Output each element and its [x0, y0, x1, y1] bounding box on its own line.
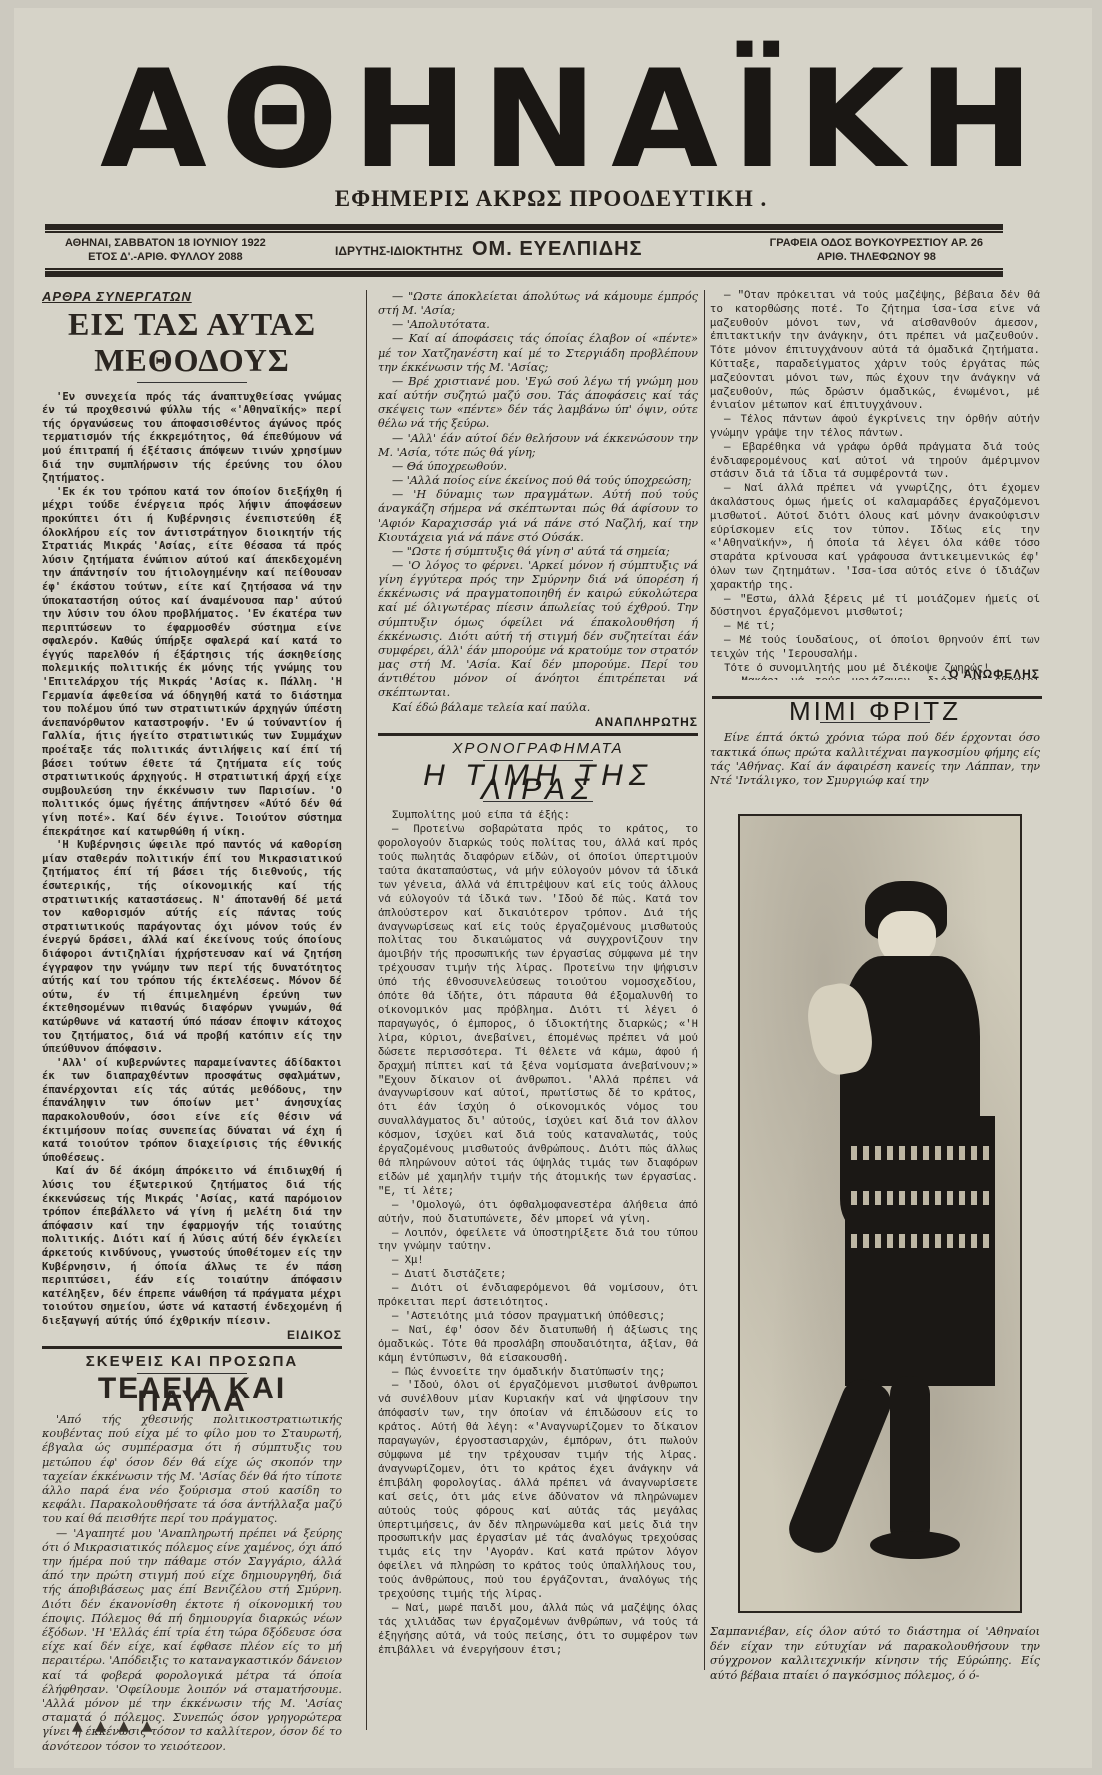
article1-paragraph: 'Εκ έκ του τρόπου κατά τον όποίον διεξήχ…	[42, 486, 342, 839]
article3-paragraph: — Προτείνω σοβαρώτατα πρός το κράτος, το…	[378, 824, 698, 1199]
article3-paragraph: — 'Ιδού, όλοι οί έργαζόμενοι μισθωτοί άν…	[378, 1380, 698, 1603]
photo-figure-leg	[890, 1376, 930, 1546]
article3-body: Συμπολίτης μού είπα τά έξής: — Προτείνω …	[378, 810, 698, 1658]
photo-caption: Σαμπανιέβαν, είς όλον αύτό το διάστημα ο…	[710, 1625, 1040, 1683]
article4-paragraph: — Ναί άλλά πρέπει νά γνωρίζης, ότι έχομε…	[710, 483, 1040, 593]
article3-paragraph: — Διατί διστάζετε;	[378, 1269, 698, 1283]
article5: ΜΙΜΙ ΦΡΙΤΖ Είνε έπτά όκτώ χρόνια τώρα πο…	[710, 700, 1040, 810]
issue-number: ΕΤΟΣ Δ'.-ΑΡΙΘ. ΦΥΛΛΟΥ 2088	[65, 250, 266, 264]
article2-kicker: ΣΚΕΨΕΙΣ ΚΑΙ ΠΡΟΣΩΠΑ	[42, 1355, 342, 1369]
header-infobar: ΑΘΗΝΑΙ, ΣΑΒΒΑΤΟΝ 18 ΙΟΥΝΙΟΥ 1922 ΕΤΟΣ Δ'…	[45, 236, 1003, 268]
section-rule	[42, 1346, 342, 1349]
article4-paragraph: — Μέ τούς ίουδαίους, οί όποίοι θρηνούν έ…	[710, 635, 1040, 663]
article1-paragraph: 'Η Κυβέρνησις ώφειλε πρό παντός νά καθορ…	[42, 839, 342, 1057]
article3-paragraph: — Ναί, μωρέ παιδί μου, άλλά πώς νά μαζέψ…	[378, 1603, 698, 1659]
article2-paragraph: — 'Αγαπητέ μου 'Αναπληρωτή πρέπει νά ξεύ…	[42, 1527, 342, 1750]
article3-paragraph: — 'Ομολογώ, ότι όφθαλμοφανεστέρα άλήθεια…	[378, 1200, 698, 1228]
issue-date: ΑΘΗΝΑΙ, ΣΑΒΒΑΤΟΝ 18 ΙΟΥΝΙΟΥ 1922	[65, 236, 266, 250]
article3-paragraph: Συμπολίτης μού είπα τά έξής:	[378, 810, 698, 824]
article3-paragraph: — Πώς έννοείτε την όμαδικήν διατύπωσίν τ…	[378, 1367, 698, 1381]
article2-paragraph: — Καί αί άποφάσεις τάς όποίας έλαβον οί …	[378, 332, 698, 374]
article4-paragraph: — "Οταν πρόκειται νά τούς μαζέψης, βέβαι…	[710, 290, 1040, 414]
issue-info: ΑΘΗΝΑΙ, ΣΑΒΒΑΤΟΝ 18 ΙΟΥΝΙΟΥ 1922 ΕΤΟΣ Δ'…	[65, 236, 266, 264]
footer-ornament: ▲ ▲ ▲ ▲ . . .	[72, 1718, 207, 1734]
office-info: ΓΡΑΦΕΙΑ ΟΔΟΣ ΒΟΥΚΟΥΡΕΣΤΙΟΥ ΑΡ. 26 ΑΡΙΘ. …	[770, 236, 983, 264]
article2-paragraph: — 'Αλλά ποίος είνε έκείνος πού θά τούς ύ…	[378, 474, 698, 488]
article3-paragraph: — Ναί, έφ' όσον δέν διατυπωθή ή άξίωσις …	[378, 1325, 698, 1367]
column-center: — "Ωστε άποκλείεται άπολύτως νά κάμουμε …	[378, 290, 698, 1670]
publisher-name: ΟΜ. ΕΥΕΛΠΙΔΗΣ	[472, 238, 643, 260]
photo-figure-leg	[783, 1373, 897, 1559]
publisher-info: ΙΔΡΥΤΗΣ-ΙΔΙΟΚΤΗΤΗΣ ΟΜ. ΕΥΕΛΠΙΔΗΣ	[335, 238, 643, 261]
publisher-label: ΙΔΡΥΤΗΣ-ΙΔΙΟΚΤΗΤΗΣ	[335, 244, 463, 258]
photo-figure-lace-band	[845, 1234, 995, 1248]
photo-figure-lace-band	[845, 1146, 995, 1160]
section-rule	[712, 696, 1042, 699]
masthead-title: ΑΘΗΝΑΪΚΗ	[100, 63, 980, 176]
article2-paragraph: — 'Αλλ' έάν αύτοί δέν θελήσουν νά έκκενώ…	[378, 432, 698, 460]
article2-paragraph: Καί έδώ βάλαμε τελεία καί παύλα.	[378, 701, 698, 715]
article1-paragraph: Καί άν δέ άκόμη άπρόκειτο νά έπιδιωχθή ή…	[42, 1165, 342, 1328]
header-rule-bottom	[45, 271, 1003, 277]
article3-paragraph: — Λοιπόν, όφείλετε νά ύποστηρίξετε διά τ…	[378, 1228, 698, 1256]
article5-headline: ΜΙΜΙ ΦΡΙΤΖ	[710, 704, 1040, 718]
column-left: ΑΡΘΡΑ ΣΥΝΕΡΓΑΤΩΝ ΕΙΣ ΤΑΣ ΑΥΤΑΣ ΜΕΘΟΔΟΥΣ …	[42, 290, 342, 1750]
article2-paragraph: — 'Ο λόγος το φέρνει. 'Αρκεί μόνον ή σύμ…	[378, 559, 698, 701]
article1-paragraph: 'Αλλ' οί κυβερνώντες παραμείναντες άδίδα…	[42, 1057, 342, 1166]
article3-kicker: ΧΡΟΝΟΓΡΑΦΗΜΑΤΑ	[378, 742, 698, 756]
office-phone: ΑΡΙΘ. ΤΗΛΕΦΩΝΟΥ 98	[770, 250, 983, 264]
header-rule-top	[45, 224, 1003, 230]
article2-paragraph: — Θά ύποχρεωθούν.	[378, 460, 698, 474]
column-divider-1	[366, 290, 367, 1730]
article2-paragraph: — 'Η δύναμις των πραγμάτων. Αύτή πού τού…	[378, 488, 698, 545]
article4-paragraph: — Τέλος πάντων άφού έγκρίνεις την όρθήν …	[710, 414, 1040, 442]
article2-paragraph: — "Ωστε ή σύμπτυξις θά γίνη σ' αύτά τά σ…	[378, 545, 698, 559]
header-rule-bottom-thin	[45, 268, 1003, 270]
article2-paragraph: 'Από τής χθεσινής πολιτικοστρατιωτικής κ…	[42, 1413, 342, 1527]
section-rule	[378, 733, 698, 736]
article2-paragraph: — Βρέ χριστιανέ μου. 'Εγώ σού λέγω τή γν…	[378, 375, 698, 432]
article3-paragraph: — Χμ!	[378, 1255, 698, 1269]
article1-kicker: ΑΡΘΡΑ ΣΥΝΕΡΓΑΤΩΝ	[42, 290, 342, 304]
article4-signature-wrap: Ο ΑΝΩΦΕΛΗΣ	[710, 668, 1040, 698]
article5-intro: Είνε έπτά όκτώ χρόνια τώρα πού δέν έρχον…	[710, 731, 1040, 788]
photo-figure-lace-band	[845, 1191, 995, 1205]
article4-paragraph: — Εβαρέθηκα νά γράφω όρθά πράγματα διά τ…	[710, 442, 1040, 483]
column-right-top: — "Οταν πρόκειται νά τούς μαζέψης, βέβαι…	[710, 290, 1040, 680]
article4-paragraph: — Μέ τί;	[710, 621, 1040, 635]
article3-paragraph: — Διότι οί ένδιαφερόμενοι θά νομίσουν, ό…	[378, 1283, 698, 1311]
article2-paragraph: — 'Απολυτότατα.	[378, 318, 698, 332]
article2-body-start: 'Από τής χθεσινής πολιτικοστρατιωτικής κ…	[42, 1413, 342, 1750]
article4-paragraph: — "Εστω, άλλά ξέρεις μέ τί μοιάζομεν ήμε…	[710, 594, 1040, 622]
article2-paragraph: — "Ωστε άποκλείεται άπολύτως νά κάμουμε …	[378, 290, 698, 318]
photo-mimi-fritz	[738, 814, 1022, 1613]
article4-signature: Ο ΑΝΩΦΕΛΗΣ	[710, 668, 1040, 682]
article1-headline: ΕΙΣ ΤΑΣ ΑΥΤΑΣ ΜΕΘΟΔΟΥΣ	[42, 306, 342, 378]
headline-divider	[137, 382, 247, 383]
article3-paragraph: — 'Αστειότης μιά τόσον πραγματική ύπόθεσ…	[378, 1311, 698, 1325]
column-divider-2	[704, 290, 705, 1670]
article1-signature: ΕΙΔΙΚΟΣ	[42, 1329, 342, 1343]
photo-figure-shoe	[870, 1531, 960, 1559]
article2-signature: ΑΝΑΠΛΗΡΩΤΗΣ	[378, 715, 698, 729]
article1-paragraph: 'Εν συνεχεία πρός τάς άναπτυχθείσας γνώμ…	[42, 391, 342, 486]
article2-headline: ΤΕΛΕΙΑ ΚΑΙ ΠΑΥΛΑ	[42, 1382, 342, 1409]
masthead-subtitle: ΕΦΗΜΕΡΙΣ ΑΚΡΩΣ ΠΡΟΟΔΕΥΤΙΚΗ .	[0, 186, 1102, 212]
article3-headline: Η ΤΙΜΗ ΤΗΣ ΛΙΡΑΣ	[378, 769, 698, 797]
header-rule-top-thin	[45, 231, 1003, 233]
office-address: ΓΡΑΦΕΙΑ ΟΔΟΣ ΒΟΥΚΟΥΡΕΣΤΙΟΥ ΑΡ. 26	[770, 236, 983, 250]
